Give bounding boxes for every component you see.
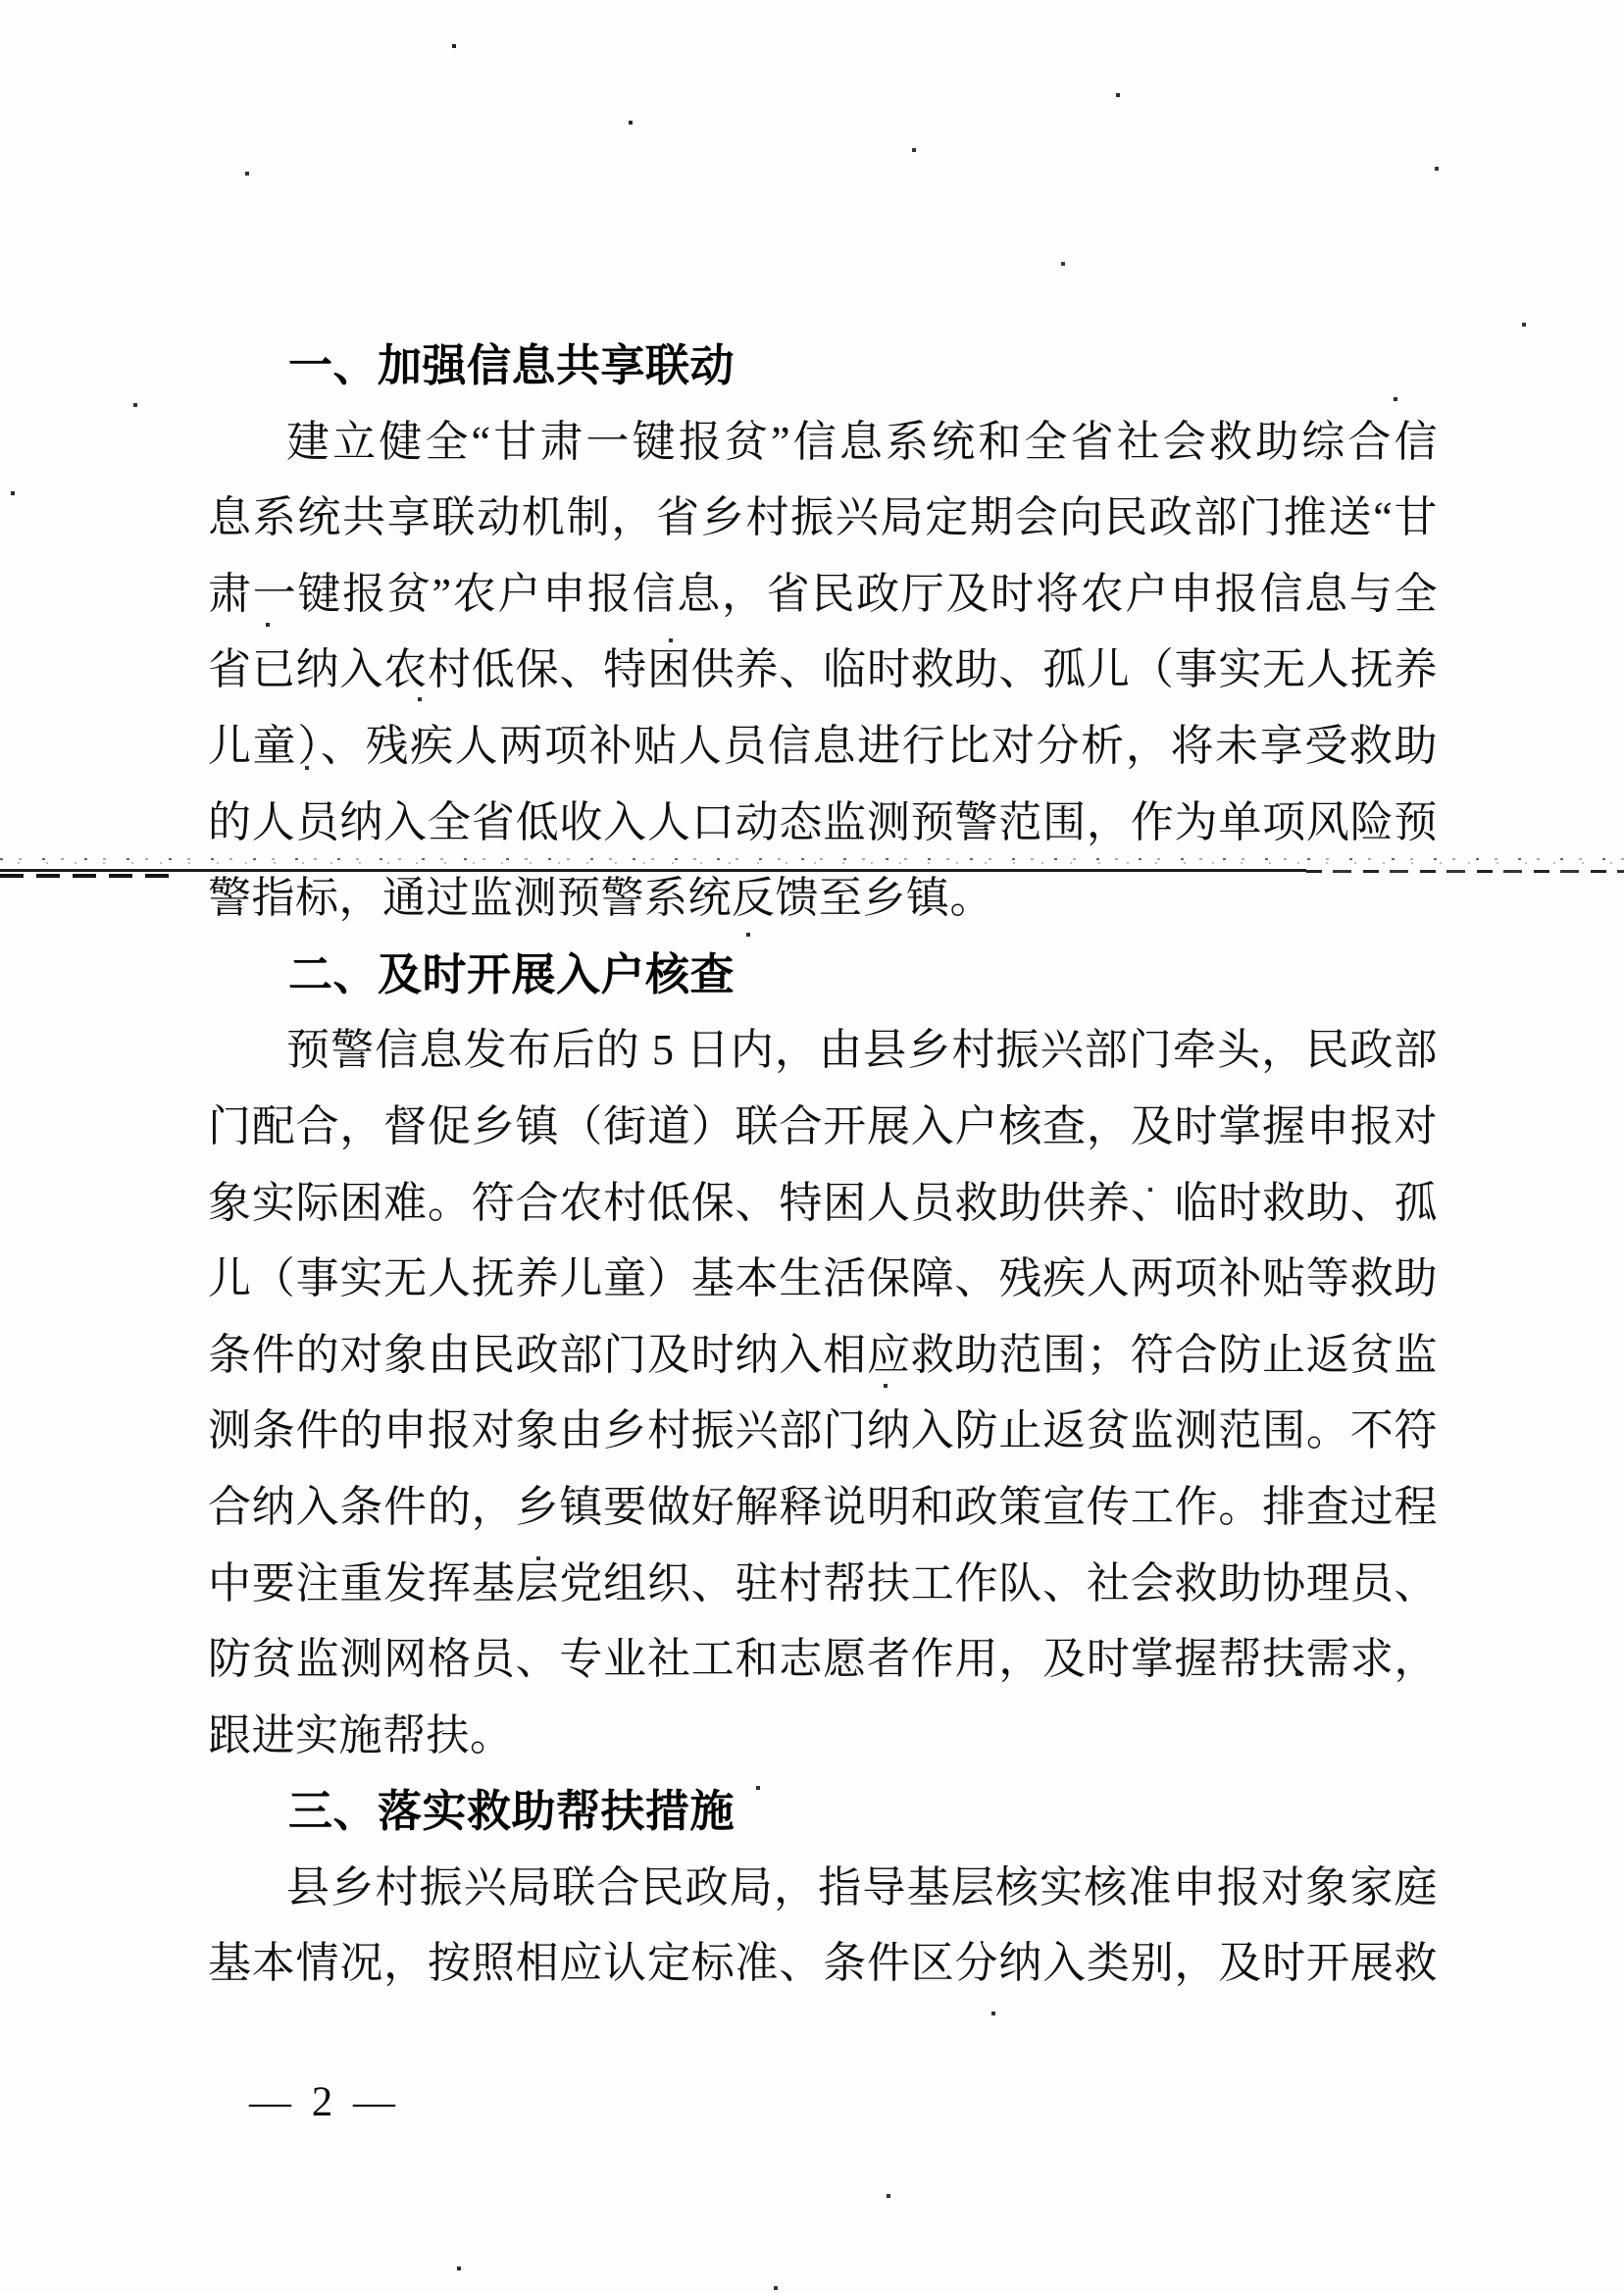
scan-artifact-line (0, 869, 1306, 872)
paragraph-line: 息系统共享联动机制，省乡村振兴局定期会向民政部门推送“甘 (208, 480, 1438, 556)
scan-speckles (0, 0, 2, 2)
paragraph-line: 肃一键报贫”农户申报信息，省民政厅及时将农户申报信息与全 (208, 556, 1438, 633)
scan-artifact-line-left (0, 874, 178, 878)
scanned-document-page: 一、加强信息共享联动 建立健全“甘肃一键报贫”信息系统和全省社会救助综合信 息系… (0, 0, 1624, 2293)
paragraph-line: 省已纳入农村低保、特困供养、临时救助、孤儿（事实无人抚养 (208, 632, 1438, 708)
paragraph-line: 门配合，督促乡镇（街道）联合开展入户核查，及时掌握申报对 (208, 1089, 1438, 1165)
paragraph-line: 儿童）、残疾人两项补贴人员信息进行比对分析，将未享受救助 (208, 708, 1438, 785)
paragraph-line: 预警信息发布后的 5 日内，由县乡村振兴部门牵头，民政部 (208, 1012, 1438, 1089)
section-heading: 三、落实救助帮扶措施 (208, 1773, 1438, 1850)
section-heading: 二、及时开展入户核查 (208, 937, 1438, 1013)
paragraph-line: 测条件的申报对象由乡村振兴部门纳入防止返贫监测范围。不符 (208, 1393, 1438, 1469)
paragraph-line: 跟进实施帮扶。 (208, 1698, 1438, 1774)
paragraph-line: 建立健全“甘肃一键报贫”信息系统和全省社会救助综合信 (208, 404, 1438, 481)
page-number: — 2 — (249, 2073, 400, 2132)
paragraph-line: 条件的对象由民政部门及时纳入相应救助范围；符合防止返贫监 (208, 1317, 1438, 1394)
paragraph-line: 象实际困难。符合农村低保、特困人员救助供养、临时救助、孤 (208, 1165, 1438, 1242)
scan-artifact-line-dashed (1306, 870, 1624, 873)
paragraph-line: 儿（事实无人抚养儿童）基本生活保障、残疾人两项补贴等救助 (208, 1241, 1438, 1317)
paragraph-line: 县乡村振兴局联合民政局，指导基层核实核准申报对象家庭 (208, 1850, 1438, 1926)
section-heading: 一、加强信息共享联动 (208, 328, 1438, 404)
paragraph-line: 防贫监测网格员、专业社工和志愿者作用，及时掌握帮扶需求， (208, 1621, 1438, 1698)
paragraph-line: 的人员纳入全省低收入人口动态监测预警范围，作为单项风险预 (208, 785, 1438, 861)
scan-artifact-noise (0, 858, 1624, 864)
paragraph-line: 合纳入条件的，乡镇要做好解释说明和政策宣传工作。排查过程 (208, 1469, 1438, 1546)
paragraph-line: 中要注重发挥基层党组织、驻村帮扶工作队、社会救助协理员、 (208, 1546, 1438, 1622)
paragraph-line: 基本情况，按照相应认定标准、条件区分纳入类别，及时开展救 (208, 1925, 1438, 2002)
document-text-block: 一、加强信息共享联动 建立健全“甘肃一键报贫”信息系统和全省社会救助综合信 息系… (208, 328, 1438, 2002)
